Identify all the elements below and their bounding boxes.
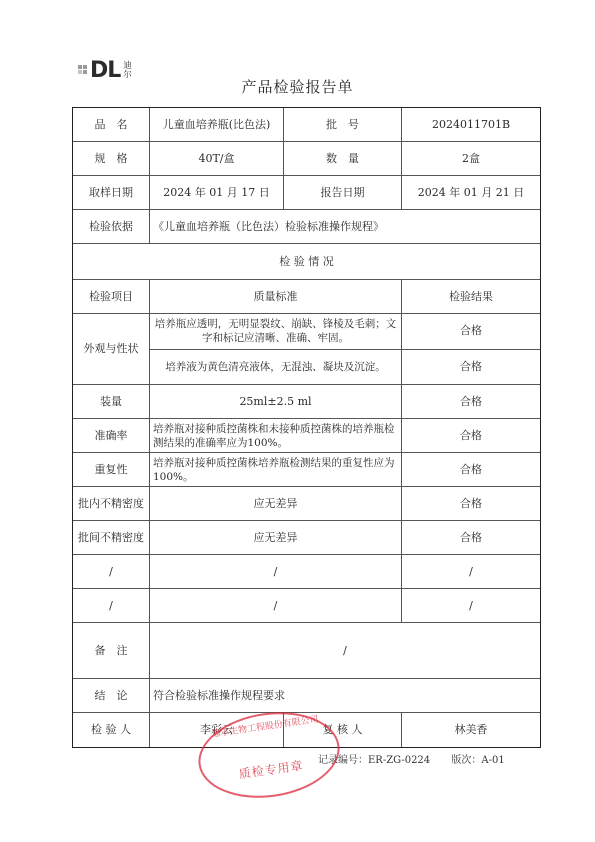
table-row: / / / bbox=[73, 589, 540, 623]
product-name-label: 品 名 bbox=[73, 108, 150, 141]
row-spec: 规 格 40T/盒 数 量 2盒 bbox=[73, 142, 540, 176]
item-intra-batch: 批内不精密度 bbox=[73, 487, 150, 520]
row-dates: 取样日期 2024 年 01 月 17 日 报告日期 2024 年 01 月 2… bbox=[73, 176, 540, 210]
table-row-appearance: 外观与性状 培养瓶应透明，无明显裂纹、崩缺、锋棱及毛刺；文字和标记应清晰、准确、… bbox=[73, 314, 540, 385]
item-empty-1: / bbox=[73, 555, 150, 588]
report-table: 品 名 儿童血培养瓶(比色法) 批 号 2024011701B 规 格 40T/… bbox=[72, 107, 541, 748]
row-column-headers: 检验项目 质量标准 检验结果 bbox=[73, 280, 540, 314]
standard-inter-batch: 应无差异 bbox=[150, 521, 402, 554]
table-row: 装量 25ml±2.5 ml 合格 bbox=[73, 385, 540, 419]
row-basis: 检验依据 《儿童血培养瓶（比色法）检验标准操作规程》 bbox=[73, 210, 540, 244]
result-empty-1: / bbox=[402, 555, 540, 588]
basis-label: 检验依据 bbox=[73, 210, 150, 243]
appearance-subrow-1: 培养瓶应透明，无明显裂纹、崩缺、锋棱及毛刺；文字和标记应清晰、准确、牢固。 合格 bbox=[150, 314, 540, 350]
standard-intra-batch: 应无差异 bbox=[150, 487, 402, 520]
standard-fill-volume: 25ml±2.5 ml bbox=[150, 385, 402, 418]
item-empty-2: / bbox=[73, 589, 150, 622]
batch-label: 批 号 bbox=[284, 108, 402, 141]
sample-date-label: 取样日期 bbox=[73, 176, 150, 209]
row-product: 品 名 儿童血培养瓶(比色法) 批 号 2024011701B bbox=[73, 108, 540, 142]
col-header-standard: 质量标准 bbox=[150, 280, 402, 313]
result-repeatability: 合格 bbox=[402, 453, 540, 486]
remarks-value: / bbox=[150, 623, 540, 678]
row-conclusion: 结 论 符合检验标准操作规程要求 bbox=[73, 679, 540, 713]
standard-repeatability: 培养瓶对接种质控菌株培养瓶检测结果的重复性应为100%。 bbox=[150, 453, 402, 486]
spec-label: 规 格 bbox=[73, 142, 150, 175]
item-appearance: 外观与性状 bbox=[73, 314, 150, 384]
table-row: 重复性 培养瓶对接种质控菌株培养瓶检测结果的重复性应为100%。 合格 bbox=[73, 453, 540, 487]
item-accuracy: 准确率 bbox=[73, 419, 150, 452]
result-fill-volume: 合格 bbox=[402, 385, 540, 418]
conclusion-value: 符合检验标准操作规程要求 bbox=[150, 679, 540, 712]
record-number: 记录编号：ER-ZG-0224 bbox=[318, 755, 430, 766]
result-accuracy: 合格 bbox=[402, 419, 540, 452]
standard-empty-1: / bbox=[150, 555, 402, 588]
quantity-label: 数 量 bbox=[284, 142, 402, 175]
row-remarks: 备 注 / bbox=[73, 623, 540, 679]
result-empty-2: / bbox=[402, 589, 540, 622]
basis-value: 《儿童血培养瓶（比色法）检验标准操作规程》 bbox=[150, 210, 540, 243]
table-row: 批内不精密度 应无差异 合格 bbox=[73, 487, 540, 521]
remarks-label: 备 注 bbox=[73, 623, 150, 678]
reviewer-value: 林美香 bbox=[402, 713, 540, 747]
appearance-subrow-2: 培养液为黄色清亮液体，无混浊、凝块及沉淀。 合格 bbox=[150, 350, 540, 384]
quantity-value: 2盒 bbox=[402, 142, 540, 175]
item-inter-batch: 批间不精密度 bbox=[73, 521, 150, 554]
sample-date-value: 2024 年 01 月 17 日 bbox=[150, 176, 284, 209]
document-title: 产品检验报告单 bbox=[0, 76, 595, 97]
version: 版次：A-01 bbox=[451, 755, 504, 766]
table-row: 批间不精密度 应无差异 合格 bbox=[73, 521, 540, 555]
standard-appearance-1: 培养瓶应透明，无明显裂纹、崩缺、锋棱及毛刺；文字和标记应清晰、准确、牢固。 bbox=[150, 314, 402, 349]
report-date-label: 报告日期 bbox=[284, 176, 402, 209]
col-header-result: 检验结果 bbox=[402, 280, 540, 313]
inspection-section-title: 检 验 情 况 bbox=[73, 244, 540, 279]
col-header-item: 检验项目 bbox=[73, 280, 150, 313]
footer: 记录编号：ER-ZG-0224 版次：A-01 bbox=[318, 751, 523, 766]
row-section-title: 检 验 情 况 bbox=[73, 244, 540, 280]
table-row: 准确率 培养瓶对接种质控菌株和未接种质控菌株的培养瓶检测结果的准确率应为100%… bbox=[73, 419, 540, 453]
result-inter-batch: 合格 bbox=[402, 521, 540, 554]
item-repeatability: 重复性 bbox=[73, 453, 150, 486]
batch-value: 2024011701B bbox=[402, 108, 540, 141]
table-row: / / / bbox=[73, 555, 540, 589]
product-name-value: 儿童血培养瓶(比色法) bbox=[150, 108, 284, 141]
standard-accuracy: 培养瓶对接种质控菌株和未接种质控菌株的培养瓶检测结果的准确率应为100%。 bbox=[150, 419, 402, 452]
standard-empty-2: / bbox=[150, 589, 402, 622]
report-date-value: 2024 年 01 月 21 日 bbox=[402, 176, 540, 209]
result-appearance-2: 合格 bbox=[402, 350, 540, 384]
result-appearance-1: 合格 bbox=[402, 314, 540, 349]
inspector-label: 检 验 人 bbox=[73, 713, 150, 747]
spec-value: 40T/盒 bbox=[150, 142, 284, 175]
result-intra-batch: 合格 bbox=[402, 487, 540, 520]
standard-appearance-2: 培养液为黄色清亮液体，无混浊、凝块及沉淀。 bbox=[150, 350, 402, 384]
conclusion-label: 结 论 bbox=[73, 679, 150, 712]
item-fill-volume: 装量 bbox=[73, 385, 150, 418]
appearance-subrows: 培养瓶应透明，无明显裂纹、崩缺、锋棱及毛刺；文字和标记应清晰、准确、牢固。 合格… bbox=[150, 314, 540, 384]
